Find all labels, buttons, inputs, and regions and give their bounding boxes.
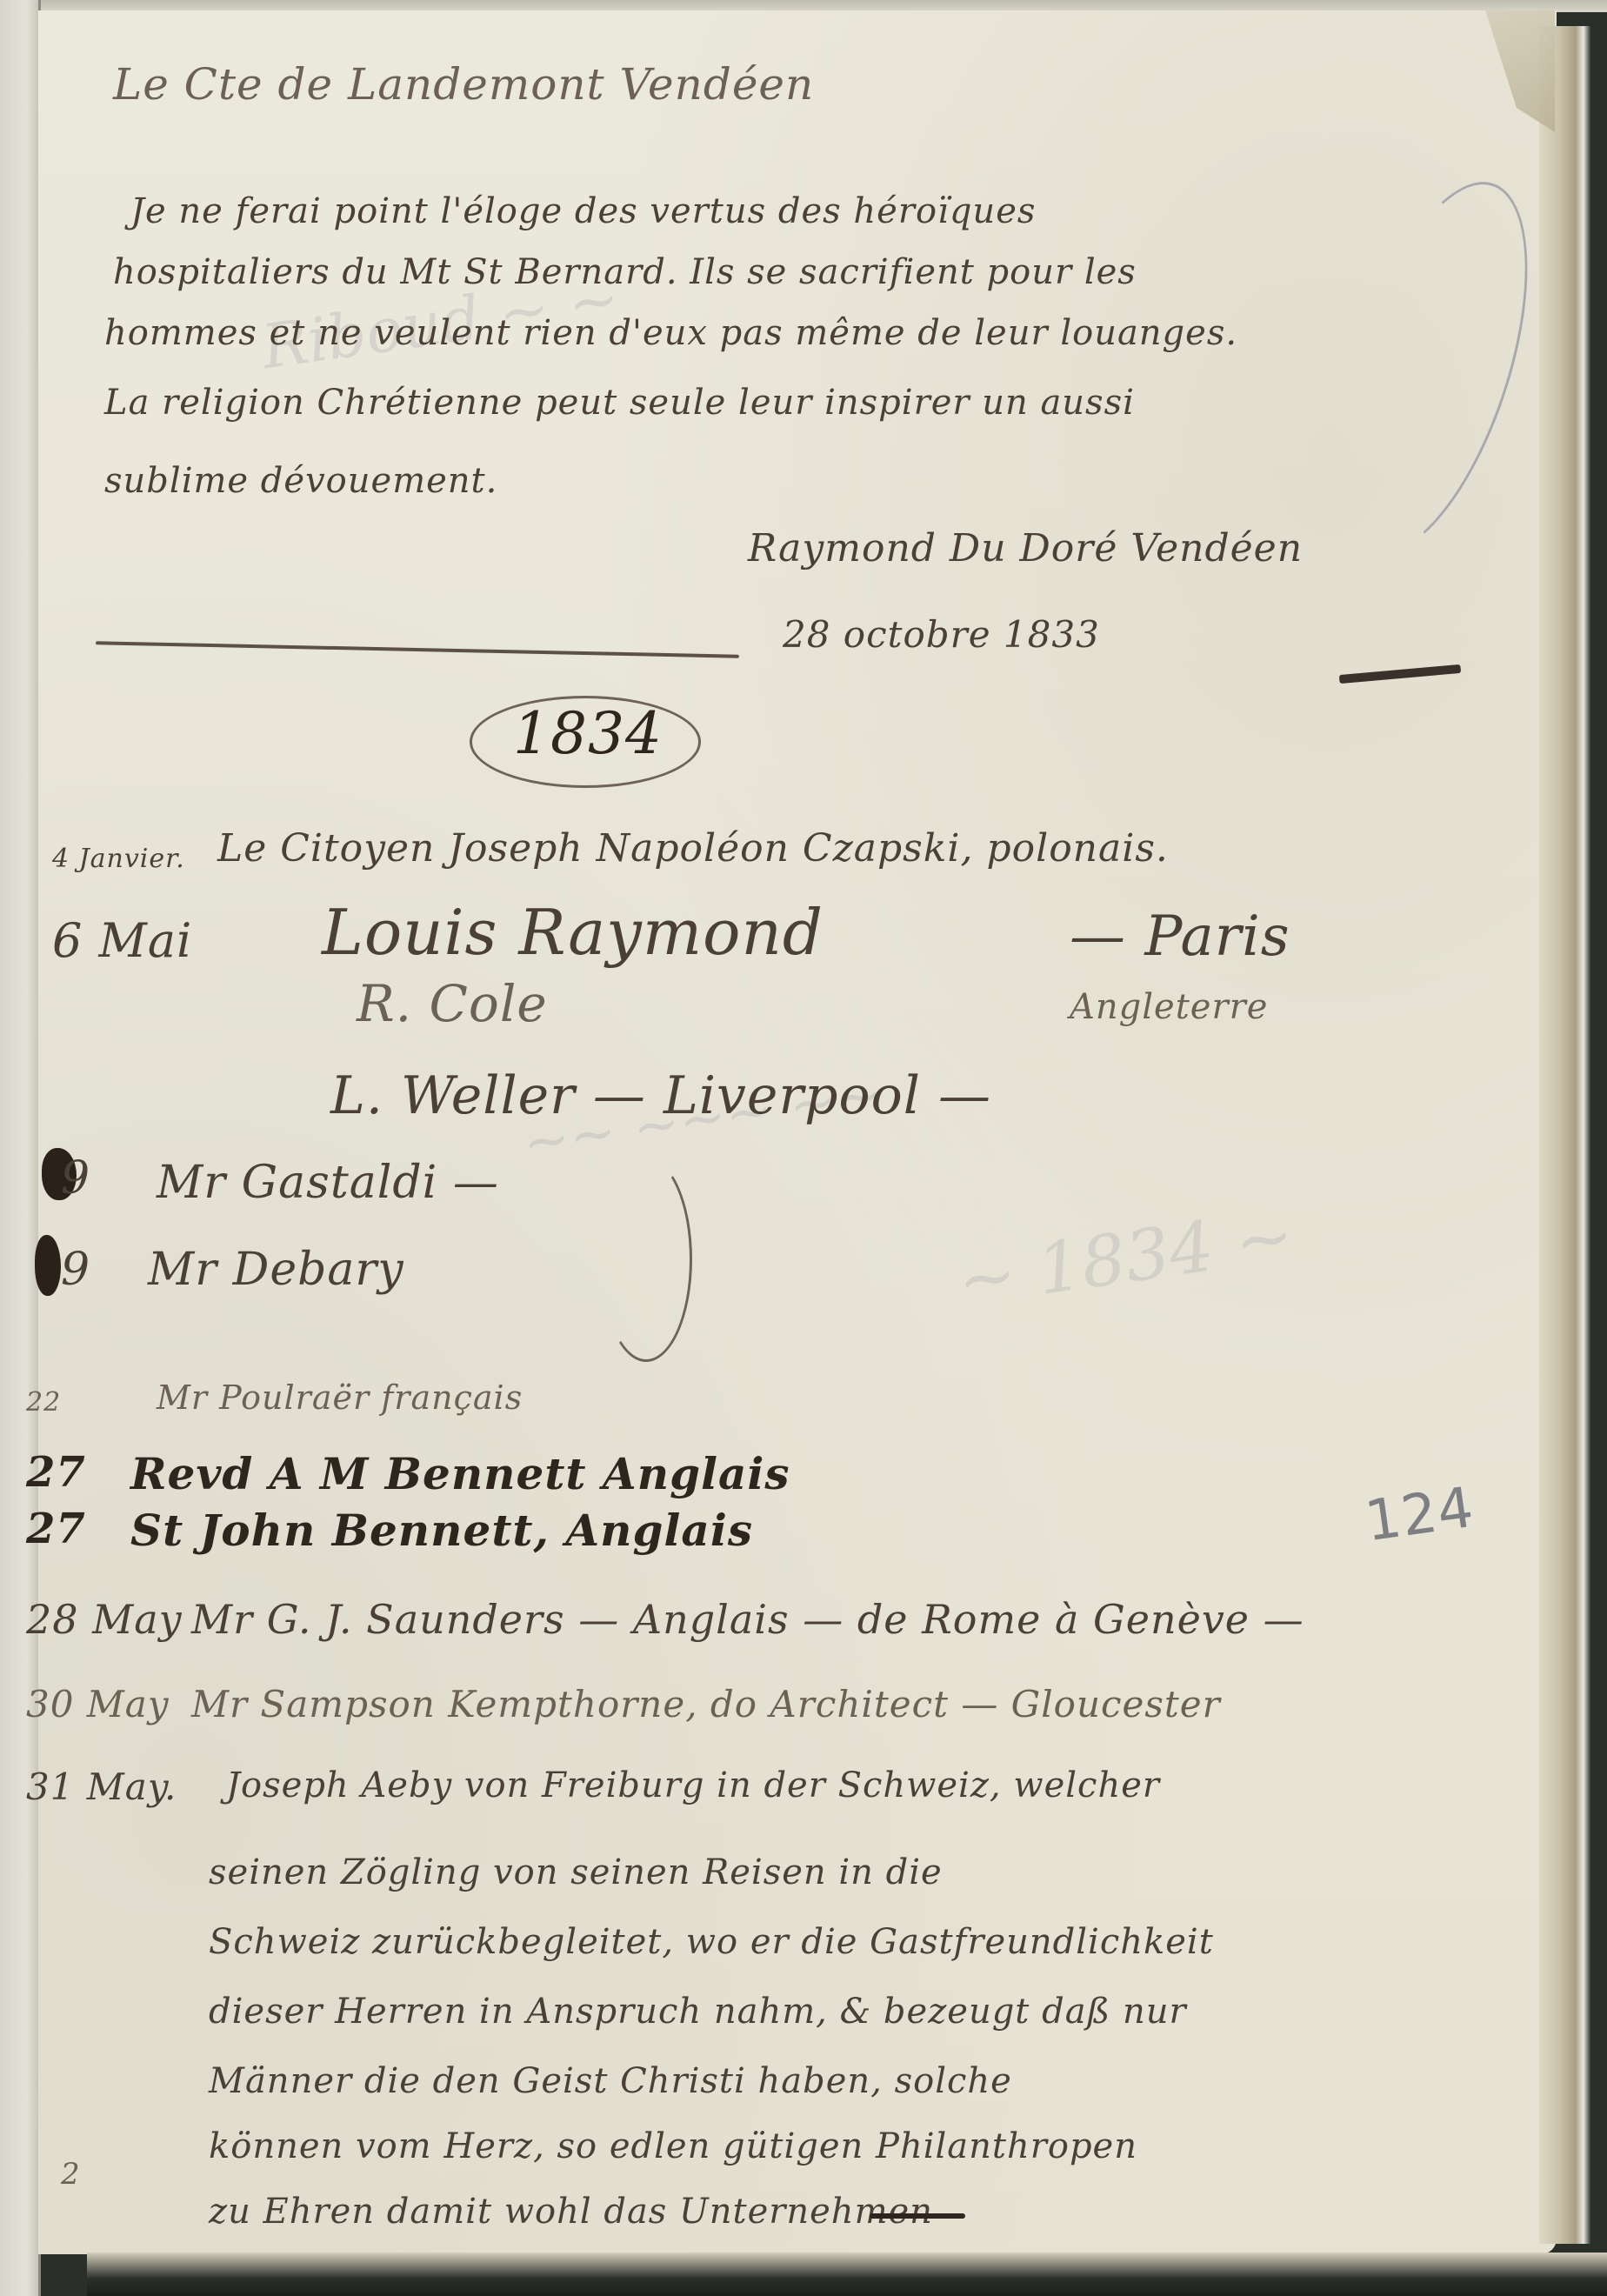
german-line: können vom Herz, so edlen gütigen Philan… [209, 2126, 1137, 2166]
year-heading: 1834 [513, 700, 663, 767]
entry-text: Mr Debary [148, 1244, 404, 1296]
entry-text: Joseph Aeby von Freiburg in der Schweiz,… [226, 1765, 1160, 1805]
german-line: seinen Zögling von seinen Reisen in die [209, 1852, 943, 1892]
entry-body-line: hospitaliers du Mt St Bernard. Ils se sa… [113, 252, 1137, 292]
brace-flourish [600, 1157, 692, 1362]
entry-date: 31 May. [26, 1765, 177, 1808]
entry-date: 4 Janvier. [52, 844, 185, 874]
entry-suffix: Angleterre [1070, 987, 1268, 1027]
entry-text: Mr Sampson Kempthorne, do Architect — Gl… [191, 1683, 1221, 1725]
entry-text: Le Citoyen Joseph Napoléon Czapski, polo… [217, 826, 1169, 871]
entry-text: Mr Poulraër français [157, 1378, 523, 1417]
entry-date: 27 [26, 1505, 86, 1553]
entry-text: St John Bennett, Anglais [130, 1505, 753, 1556]
facing-page-gutter [0, 0, 41, 2296]
entry-body-line: La religion Chrétienne peut seule leur i… [104, 383, 1135, 423]
entry-text: Louis Raymond [322, 896, 824, 969]
strikethrough [870, 2213, 965, 2219]
entry-date: 9 [61, 1152, 90, 1205]
entry-text: Mr Gastaldi — [157, 1157, 499, 1209]
entry-date: 28 May [26, 1596, 183, 1643]
margin-mark: 2 [61, 2157, 81, 2192]
entry-suffix: — Paris [1070, 904, 1290, 969]
entry-text: L. Weller — Liverpool — [330, 1065, 991, 1126]
german-line: dieser Herren in Anspruch nahm, & bezeug… [209, 1992, 1187, 2032]
ink-blot [35, 1235, 61, 1296]
entry-date: 27 [26, 1448, 86, 1497]
entry-text: R. Cole [357, 974, 548, 1033]
entry-date: 28 octobre 1833 [783, 613, 1100, 656]
german-line: Männer die den Geist Christi haben, solc… [209, 2061, 1012, 2101]
entry-date: 22 [26, 1387, 61, 1418]
german-line: Schweiz zurückbegleitet, wo er die Gastf… [209, 1922, 1214, 1962]
page-bottom-edge [87, 2253, 1607, 2296]
entry-body-line: sublime dévouement. [104, 461, 497, 501]
entry-body-line: Je ne ferai point l'éloge des vertus des… [130, 191, 1036, 231]
entry-title: Le Cte de Landemont Vendéen [113, 59, 814, 110]
signature: Raymond Du Doré Vendéen [748, 526, 1303, 571]
german-line: zu Ehren damit wohl das Unternehmen [209, 2192, 933, 2232]
entry-date: 30 May [26, 1683, 170, 1725]
entry-body-line: hommes et ne veulent rien d'eux pas même… [104, 313, 1237, 353]
entry-text: Mr G. J. Saunders — Anglais — de Rome à … [191, 1596, 1304, 1643]
page-stack-edge [1539, 26, 1591, 2244]
entry-date: 9 [61, 1244, 90, 1296]
entry-text: Revd A M Bennett Anglais [130, 1448, 790, 1499]
entry-date: 6 Mai [52, 913, 192, 968]
